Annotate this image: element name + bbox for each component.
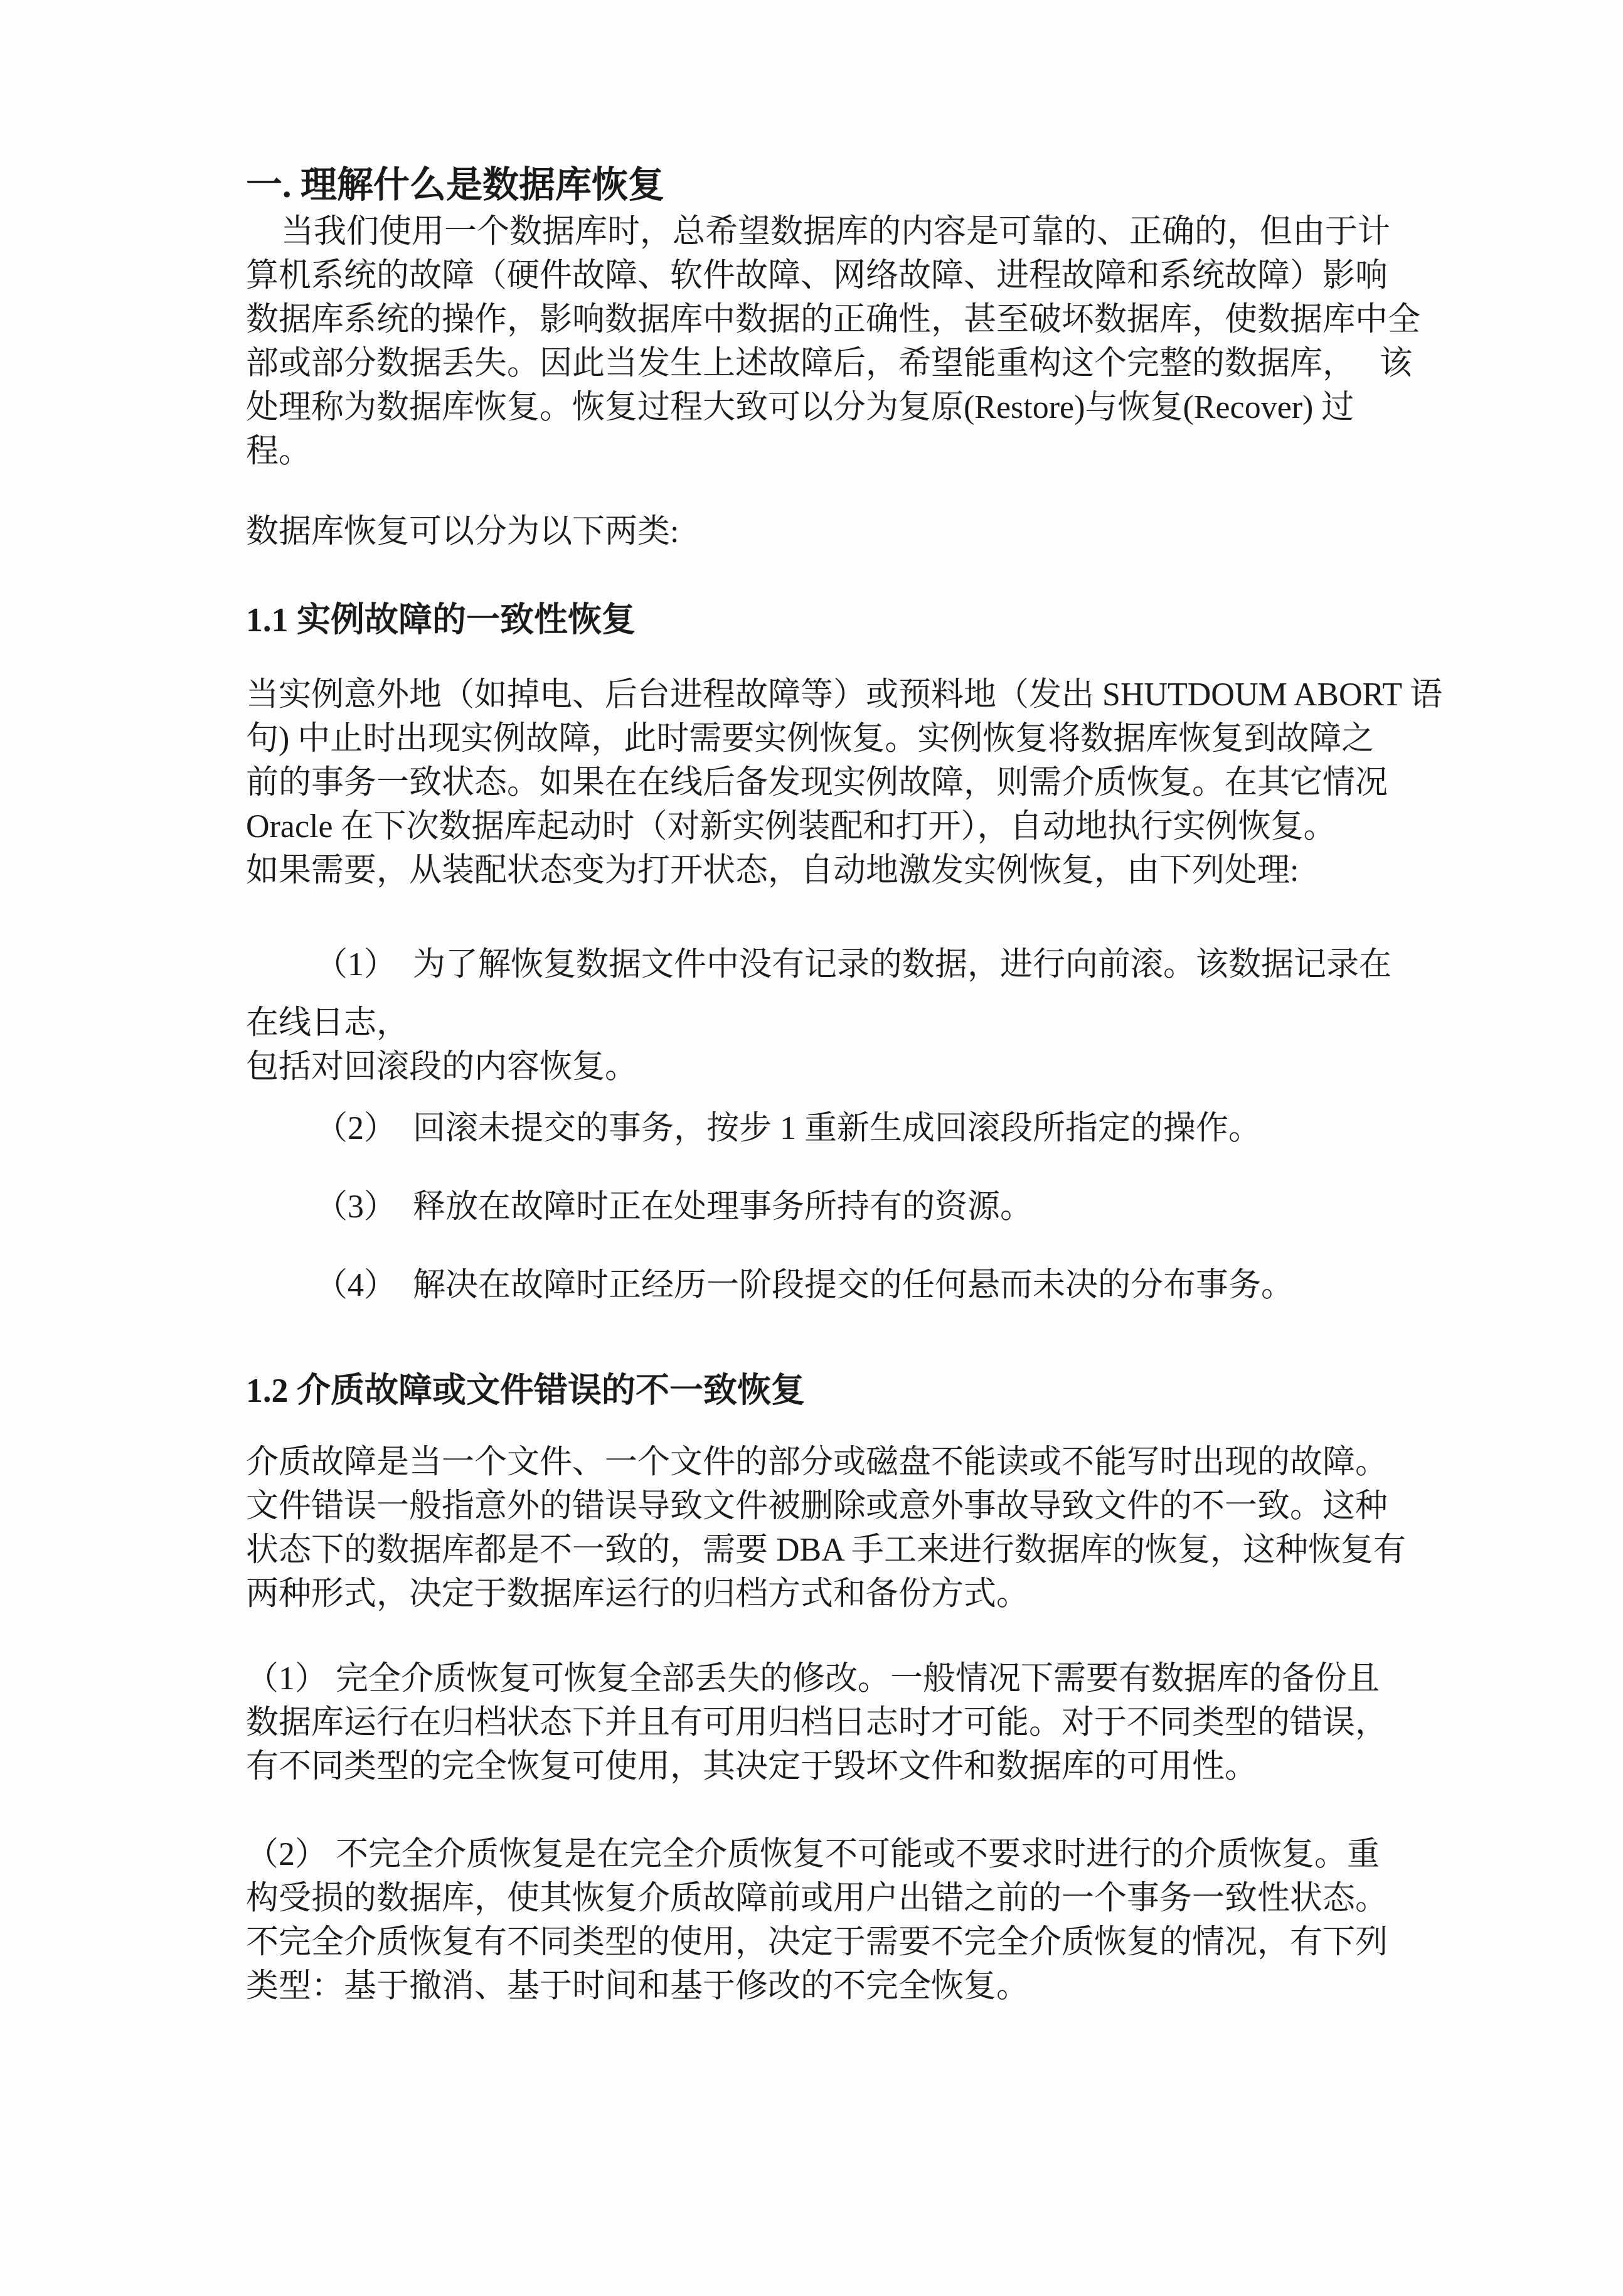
- document-page: 一. 理解什么是数据库恢复 当我们使用一个数据库时，总希望数据库的内容是可靠的、…: [0, 0, 1623, 2296]
- paragraph-line: （1） 完全介质恢复可恢复全部丢失的修改。一般情况下需要有数据库的备份且: [246, 1657, 1419, 1701]
- section-1-2-heading: 1.2 介质故障或文件错误的不一致恢复: [246, 1369, 1419, 1412]
- paragraph-line: 状态下的数据库都是不一致的，需要 DBA 手工来进行数据库的恢复，这种恢复有: [246, 1529, 1419, 1572]
- paragraph-line: 数据库运行在归档状态下并且有可用归档日志时才可能。对于不同类型的错误，: [246, 1701, 1419, 1745]
- main-heading: 一. 理解什么是数据库恢复: [246, 163, 1419, 207]
- paragraph-line: 两种形式，决定于数据库运行的归档方式和备份方式。: [246, 1572, 1419, 1616]
- paragraph-line: 部或部分数据丢失。因此当发生上述故障后，希望能重构这个完整的数据库， 该: [246, 342, 1419, 386]
- paragraph-line: Oracle 在下次数据库起动时（对新实例装配和打开），自动地执行实例恢复。: [246, 805, 1419, 849]
- paragraph-line: 数据库系统的操作，影响数据库中数据的正确性，甚至破坏数据库，使数据库中全: [246, 298, 1419, 342]
- paragraph-line: 当我们使用一个数据库时，总希望数据库的内容是可靠的、正确的，但由于计: [246, 210, 1419, 254]
- section-1-1-paragraph: 当实例意外地（如掉电、后台进程故障等）或预料地（发出 SHUTDOUM ABOR…: [246, 673, 1419, 893]
- paragraph-line: 当实例意外地（如掉电、后台进程故障等）或预料地（发出 SHUTDOUM ABOR…: [246, 673, 1419, 717]
- paragraph-line: （2） 不完全介质恢复是在完全介质恢复不可能或不要求时进行的介质恢复。重: [246, 1833, 1419, 1877]
- paragraph-line: 句) 中止时出现实例故障，此时需要实例恢复。实例恢复将数据库恢复到故障之: [246, 717, 1419, 761]
- paragraph-line: 程。: [246, 430, 1419, 474]
- media-recovery-item-2: （2） 不完全介质恢复是在完全介质恢复不可能或不要求时进行的介质恢复。重 构受损…: [246, 1833, 1419, 2009]
- document-content: 一. 理解什么是数据库恢复 当我们使用一个数据库时，总希望数据库的内容是可靠的、…: [246, 163, 1419, 2009]
- paragraph-line: 不完全介质恢复有不同类型的使用，决定于需要不完全介质恢复的情况，有下列: [246, 1921, 1419, 1965]
- list-item-line: 在线日志，: [246, 1001, 1419, 1045]
- paragraph-line: 前的事务一致状态。如果在在线后备发现实例故障，则需介质恢复。在其它情况: [246, 761, 1419, 805]
- paragraph-line: 构受损的数据库，使其恢复介质故障前或用户出错之前的一个事务一致性状态。: [246, 1877, 1419, 1921]
- section-1-1-heading: 1.1 实例故障的一致性恢复: [246, 598, 1419, 642]
- list-item-line: 包括对回滚段的内容恢复。: [246, 1045, 1419, 1089]
- paragraph-line: 介质故障是当一个文件、一个文件的部分或磁盘不能读或不能写时出现的故障。: [246, 1441, 1419, 1485]
- list-item-line: （1） 为了解恢复数据文件中没有记录的数据，进行向前滚。该数据记录在: [246, 943, 1419, 987]
- intro-paragraph: 当我们使用一个数据库时，总希望数据库的内容是可靠的、正确的，但由于计 算机系统的…: [246, 210, 1419, 474]
- section-1-2-paragraph: 介质故障是当一个文件、一个文件的部分或磁盘不能读或不能写时出现的故障。 文件错误…: [246, 1441, 1419, 1616]
- paragraph-line: 类型：基于撤消、基于时间和基于修改的不完全恢复。: [246, 1965, 1419, 2009]
- list-item-3: （3） 释放在故障时正在处理事务所持有的资源。: [246, 1185, 1419, 1229]
- list-item-4: （4） 解决在故障时正经历一阶段提交的任何悬而未决的分布事务。: [246, 1264, 1419, 1308]
- paragraph-line: 算机系统的故障（硬件故障、软件故障、网络故障、进程故障和系统故障）影响: [246, 254, 1419, 298]
- paragraph-line: 处理称为数据库恢复。恢复过程大致可以分为复原(Restore)与恢复(Recov…: [246, 386, 1419, 430]
- list-item-1: （1） 为了解恢复数据文件中没有记录的数据，进行向前滚。该数据记录在 在线日志，…: [246, 943, 1419, 1089]
- list-item-2: （2） 回滚未提交的事务，按步 1 重新生成回滚段所指定的操作。: [246, 1107, 1419, 1151]
- media-recovery-item-1: （1） 完全介质恢复可恢复全部丢失的修改。一般情况下需要有数据库的备份且 数据库…: [246, 1657, 1419, 1789]
- paragraph-line: 有不同类型的完全恢复可使用，其决定于毁坏文件和数据库的可用性。: [246, 1745, 1419, 1789]
- paragraph-line: 如果需要，从装配状态变为打开状态，自动地激发实例恢复，由下列处理:: [246, 849, 1419, 893]
- paragraph-line: 文件错误一般指意外的错误导致文件被删除或意外事故导致文件的不一致。这种: [246, 1485, 1419, 1529]
- classification-intro-line: 数据库恢复可以分为以下两类:: [246, 510, 1419, 554]
